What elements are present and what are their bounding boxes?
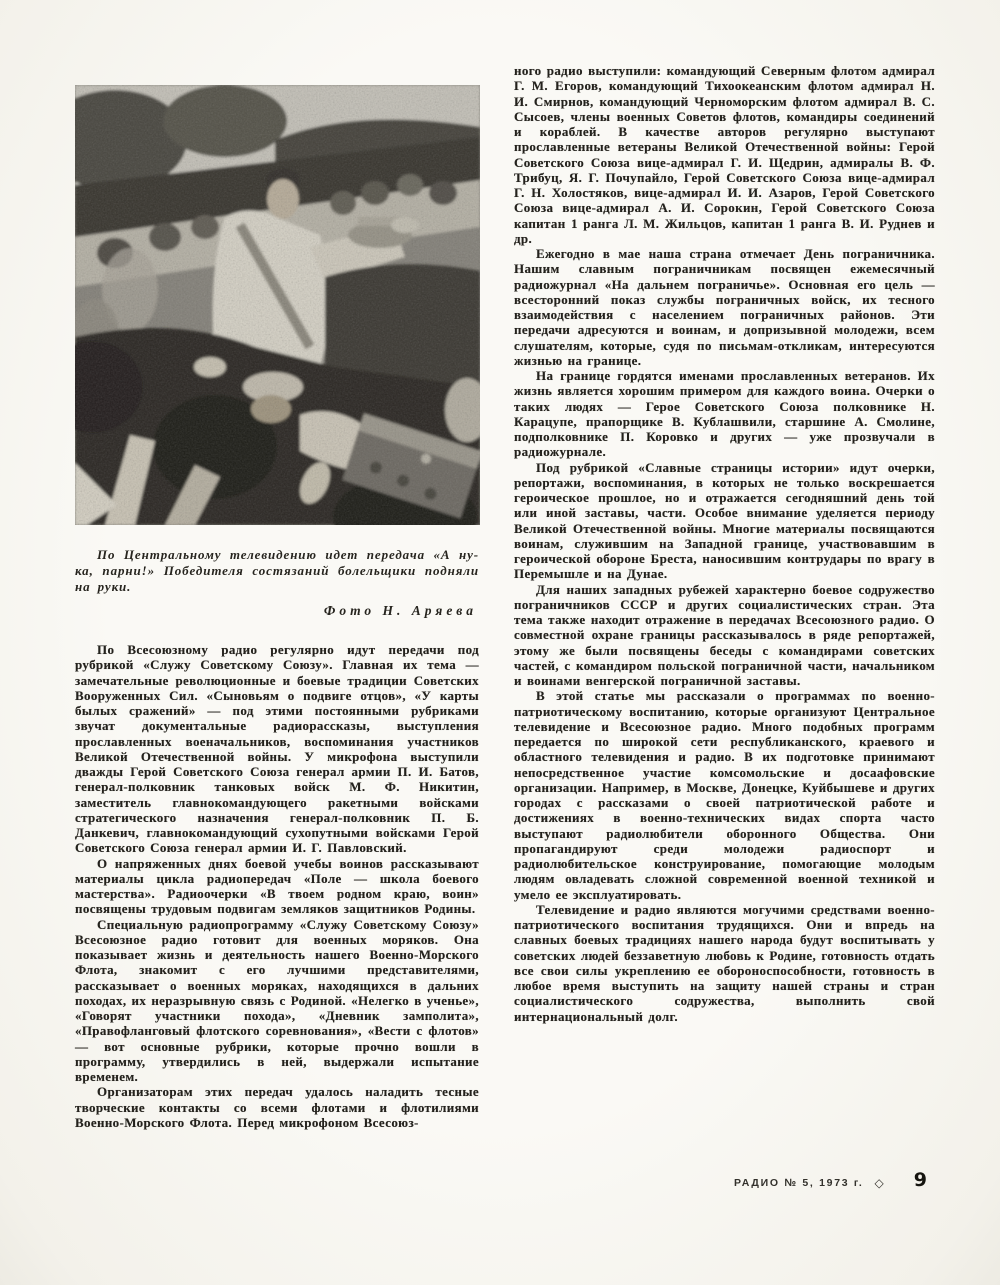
photo-caption: По Центральному телевидению идет передач… [75, 547, 479, 594]
article-paragraph: Специальную радиопрограмму «Служу Советс… [75, 917, 479, 1085]
left-column: По Всесоюзному радио регулярно идут пере… [75, 642, 479, 1130]
article-paragraph: ного радио выступили: командующий Северн… [514, 63, 935, 246]
article-paragraph: Организаторам этих передач удалось налад… [75, 1084, 479, 1130]
article-paragraph: По Всесоюзному радио регулярно идут пере… [75, 642, 479, 856]
photo-credit: Фото Н. Аряева [75, 603, 477, 619]
article-paragraph: Для наших западных рубежей характерно бо… [514, 582, 935, 689]
article-paragraph: Ежегодно в мае наша страна отмечает День… [514, 246, 935, 368]
page-number: 9 [914, 1169, 927, 1191]
diamond-icon: ◇ [875, 1177, 884, 1189]
article-paragraph: Под рубрикой «Славные страницы истории» … [514, 460, 935, 582]
photo-caption-block: По Центральному телевидению идет передач… [75, 547, 479, 619]
magazine-page: По Центральному телевидению идет передач… [0, 0, 1000, 1285]
crowd-photo-art [75, 85, 480, 525]
right-column: ного радио выступили: командующий Северн… [514, 63, 935, 1024]
article-paragraph: Телевидение и радио являются могучими ср… [514, 902, 935, 1024]
article-paragraph: В этой статье мы рассказали о программах… [514, 688, 935, 902]
article-paragraph: О напряженных днях боевой учебы воинов р… [75, 856, 479, 917]
crowd-photo [75, 85, 480, 525]
journal-issue-label: РАДИО № 5, 1973 г. [734, 1177, 864, 1189]
article-paragraph: На границе гордятся именами прославленны… [514, 368, 935, 460]
page-footer: РАДИО № 5, 1973 г. ◇ 9 [514, 1172, 935, 1194]
